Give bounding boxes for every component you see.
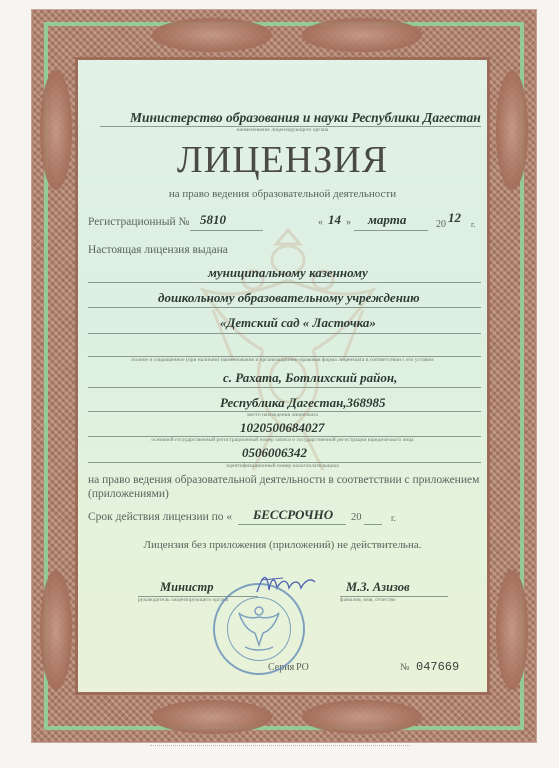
validity-value: БЕССРОЧНО <box>253 507 333 523</box>
address-line-2: Республика Дагестан,368985 <box>220 395 386 411</box>
date-open-quote: « <box>318 217 323 228</box>
date-close-quote: » <box>346 217 351 228</box>
series-value: РО <box>296 662 309 673</box>
right-text-line-2: (приложениями) <box>88 488 169 500</box>
ogrn-caption: основной государственный регистрационный… <box>78 437 487 443</box>
signatory-name-caption: фамилия, имя, отчество <box>340 597 396 603</box>
address-line-1: с. Рахата, Ботлихский район, <box>223 370 397 386</box>
issuer-caption: наименование лицензирующего органа <box>78 127 487 133</box>
border-ornament-top <box>302 18 422 52</box>
licensee-name-underline-1 <box>88 282 481 283</box>
registration-day: 14 <box>328 212 341 228</box>
licensee-name-line-2: дошкольному образовательному учреждению <box>158 290 420 306</box>
licensee-name-line-3: «Детский сад « Ласточка» <box>220 315 376 331</box>
issued-to-label: Настоящая лицензия выдана <box>88 244 228 256</box>
registration-number: 5810 <box>200 212 226 228</box>
address-caption: место нахождения лицензиата <box>78 412 487 418</box>
registration-number-underline <box>190 230 263 231</box>
blank-number-label: № <box>400 662 410 673</box>
document-title: ЛИЦЕНЗИЯ <box>78 138 487 182</box>
validity-year-prefix: 20 <box>351 512 362 523</box>
licensee-name-line-1: муниципальному казенному <box>208 265 368 281</box>
border-ornament-bottom <box>152 700 272 734</box>
signatory-name: М.З. Азизов <box>346 580 410 595</box>
licensee-name-underline-2 <box>88 307 481 308</box>
signatory-position: Министр <box>160 580 213 595</box>
licensee-name-underline-3 <box>88 333 481 334</box>
registration-year-prefix: 20 <box>436 219 446 230</box>
right-text-line-1: на право ведения образовательной деятель… <box>88 474 479 486</box>
issuer-name: Министерство образования и науки Республ… <box>130 110 481 126</box>
licensee-name-caption: полное и сокращенное (при наличии) наиме… <box>78 357 487 363</box>
validity-underline <box>238 524 346 525</box>
border-ornament-right <box>496 70 528 190</box>
address-underline-1 <box>88 387 481 388</box>
registration-month: марта <box>368 212 406 228</box>
official-stamp <box>213 583 305 675</box>
inn-value: 0506006342 <box>242 445 307 461</box>
dagestan-eagle-emblem-icon <box>237 605 281 653</box>
ogrn-value: 1020500684027 <box>240 420 325 436</box>
border-ornament-right <box>496 570 528 690</box>
registration-label: Регистрационный № <box>88 216 189 228</box>
border-ornament-left <box>40 70 72 190</box>
signatory-position-caption: руководитель лицензирующего органа <box>138 597 228 603</box>
blank-number: 047669 <box>416 660 459 674</box>
registration-year-unit: г. <box>471 220 475 229</box>
validity-year-unit: г. <box>391 513 396 523</box>
border-ornament-left <box>40 570 72 690</box>
inn-caption: идентификационный номер налогоплательщик… <box>78 463 487 469</box>
invalid-without-appendix-notice: Лицензия без приложения (приложений) не … <box>78 539 487 551</box>
document-subtitle: на право ведения образовательной деятель… <box>78 188 487 200</box>
border-ornament-top <box>152 18 272 52</box>
validity-year-underline <box>364 524 382 525</box>
border-ornament-bottom <box>302 700 422 734</box>
registration-year-suffix: 12 <box>448 210 461 226</box>
validity-label: Срок действия лицензии по « <box>88 511 232 523</box>
printer-imprint-line <box>150 745 410 749</box>
registration-date-underline <box>354 230 428 231</box>
